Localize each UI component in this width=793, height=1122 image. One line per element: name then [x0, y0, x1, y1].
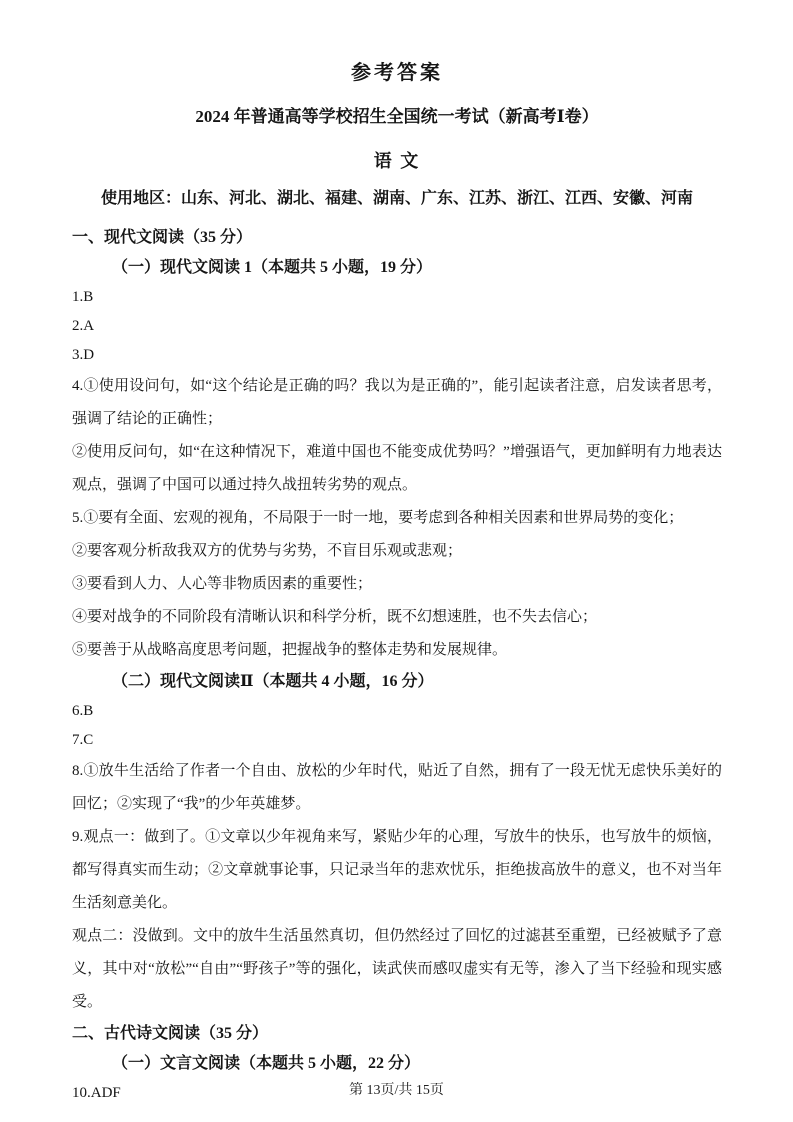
answer-paragraph: ⑤要善于从战略高度思考问题，把握战争的整体走势和发展规律。	[72, 634, 722, 667]
exam-title: 2024 年普通高等学校招生全国统一考试（新高考Ⅰ卷）	[72, 104, 722, 130]
answer-paragraph: ④要对战争的不同阶段有清晰认识和科学分析，既不幻想速胜，也不失去信心；	[72, 601, 722, 634]
applicable-regions-note: 使用地区：山东、河北、湖北、福建、湖南、广东、江苏、浙江、江西、安徽、河南	[72, 187, 722, 211]
answer-paragraph: ③要看到人力、人心等非物质因素的重要性；	[72, 568, 722, 601]
page-number: 第 13页/共 15页	[0, 1082, 793, 1100]
answer-paragraph: ②使用反问句，如“在这种情况下，难道中国也不能变成优势吗？”增强语气，更加鲜明有…	[72, 436, 722, 502]
answer-paragraph: 4.①使用设问句，如“这个结论是正确的吗？我以为是正确的”，能引起读者注意，启发…	[72, 370, 722, 436]
document-title: 参考答案	[72, 58, 722, 88]
answer-line: 7.C	[72, 726, 722, 755]
answer-line: 1.B	[72, 283, 722, 312]
answer-line: 6.B	[72, 697, 722, 726]
subsection-heading: （一）现代文阅读 1（本题共 5 小题，19 分）	[72, 253, 722, 283]
answer-line: 3.D	[72, 341, 722, 370]
answer-key-page: 参考答案 2024 年普通高等学校招生全国统一考试（新高考Ⅰ卷） 语 文 使用地…	[0, 0, 793, 1122]
subsection-heading: （一）文言文阅读（本题共 5 小题，22 分）	[72, 1049, 722, 1079]
answer-paragraph: 8.①放牛生活给了作者一个自由、放松的少年时代，贴近了自然，拥有了一段无忧无虑快…	[72, 755, 722, 821]
answer-paragraph: 5.①要有全面、宏观的视角，不局限于一时一地，要考虑到各种相关因素和世界局势的变…	[72, 502, 722, 535]
answer-line: 2.A	[72, 312, 722, 341]
answer-paragraph: 观点二：没做到。文中的放牛生活虽然真切，但仍然经过了回忆的过滤甚至重塑，已经被赋…	[72, 920, 722, 1019]
answer-paragraph: 9.观点一：做到了。①文章以少年视角来写，紧贴少年的心理，写放牛的快乐，也写放牛…	[72, 821, 722, 920]
subject-title: 语 文	[72, 148, 722, 174]
section-heading: 二、古代诗文阅读（35 分）	[72, 1019, 722, 1049]
document-body: 一、现代文阅读（35 分） （一）现代文阅读 1（本题共 5 小题，19 分） …	[72, 223, 722, 1108]
answer-paragraph: ②要客观分析敌我双方的优势与劣势，不盲目乐观或悲观；	[72, 535, 722, 568]
subsection-heading: （二）现代文阅读Ⅱ（本题共 4 小题，16 分）	[72, 667, 722, 697]
section-heading: 一、现代文阅读（35 分）	[72, 223, 722, 253]
